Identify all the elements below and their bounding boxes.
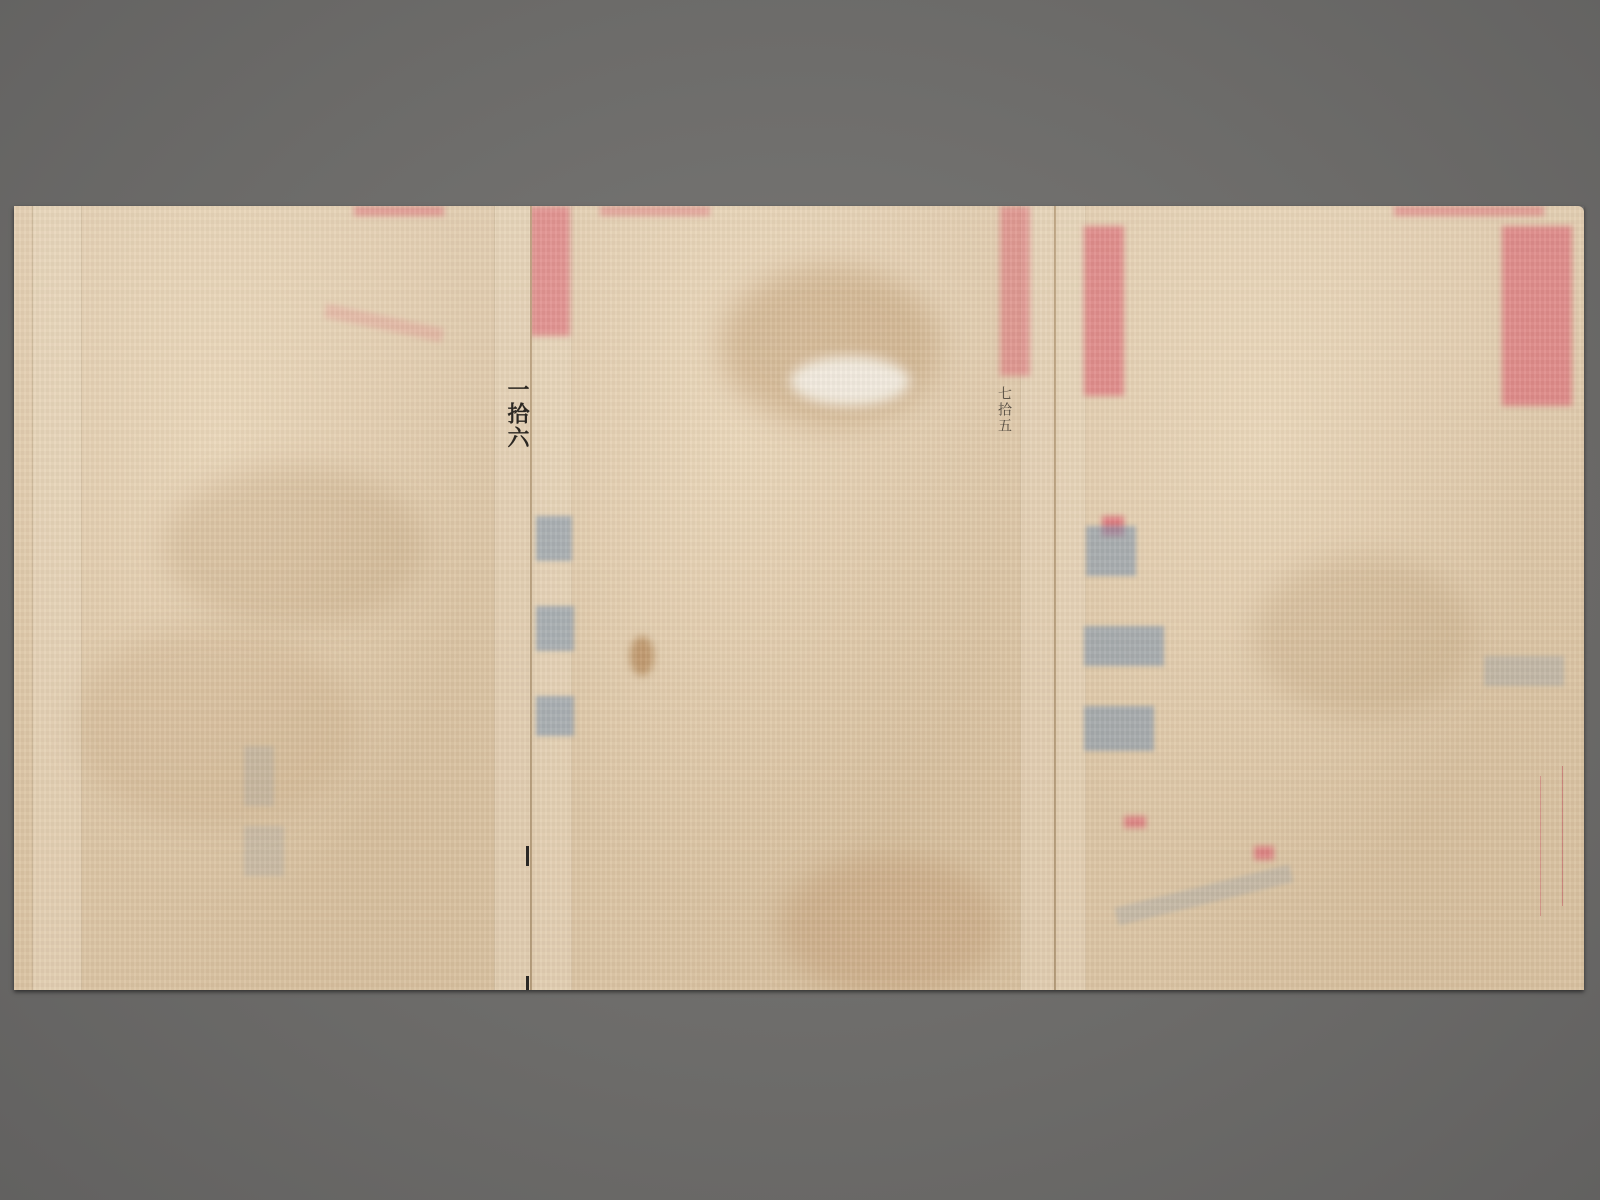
edge-cut: [526, 846, 529, 866]
red-bleed: [324, 304, 444, 343]
ink-inscription-center: 七拾五: [994, 386, 1014, 434]
edge-cut: [526, 976, 529, 990]
triptych-print-reverse: 一拾六 七拾五: [14, 206, 1584, 990]
center-panel: [530, 206, 1054, 990]
blue-bleed: [1086, 526, 1136, 576]
stain: [1254, 556, 1474, 716]
red-border-line: [1540, 776, 1541, 916]
left-edge-strip: [32, 206, 82, 990]
red-bleed: [530, 206, 570, 336]
right-left-strip: [1054, 206, 1086, 990]
blue-bleed: [1484, 656, 1564, 686]
blue-bleed: [244, 826, 284, 876]
blue-bleed: [536, 516, 572, 561]
blue-bleed: [1114, 864, 1293, 925]
panel-seam: [1054, 206, 1056, 990]
red-bleed: [1502, 226, 1572, 406]
ink-inscription-left: 一拾六: [502, 378, 533, 450]
blue-bleed: [1084, 626, 1164, 666]
blue-bleed: [1084, 706, 1154, 751]
red-bleed: [600, 206, 710, 216]
right-panel: [1054, 206, 1584, 990]
white-patch: [790, 356, 910, 406]
blue-bleed: [536, 696, 574, 736]
left-panel-join-strip: [494, 206, 530, 990]
red-bleed: [1000, 206, 1030, 376]
stain: [780, 856, 1000, 990]
stain: [164, 466, 424, 626]
left-panel: [14, 206, 530, 990]
red-bleed: [1394, 206, 1544, 216]
red-bleed: [1124, 816, 1146, 828]
blue-bleed: [536, 606, 574, 651]
stain: [74, 626, 354, 826]
blue-bleed: [244, 746, 274, 806]
red-bleed: [1084, 226, 1124, 396]
red-border-line: [1562, 766, 1563, 906]
panel-seam: [530, 206, 532, 990]
foxing-spot: [630, 636, 654, 676]
red-bleed: [354, 206, 444, 216]
red-bleed: [1254, 846, 1274, 860]
